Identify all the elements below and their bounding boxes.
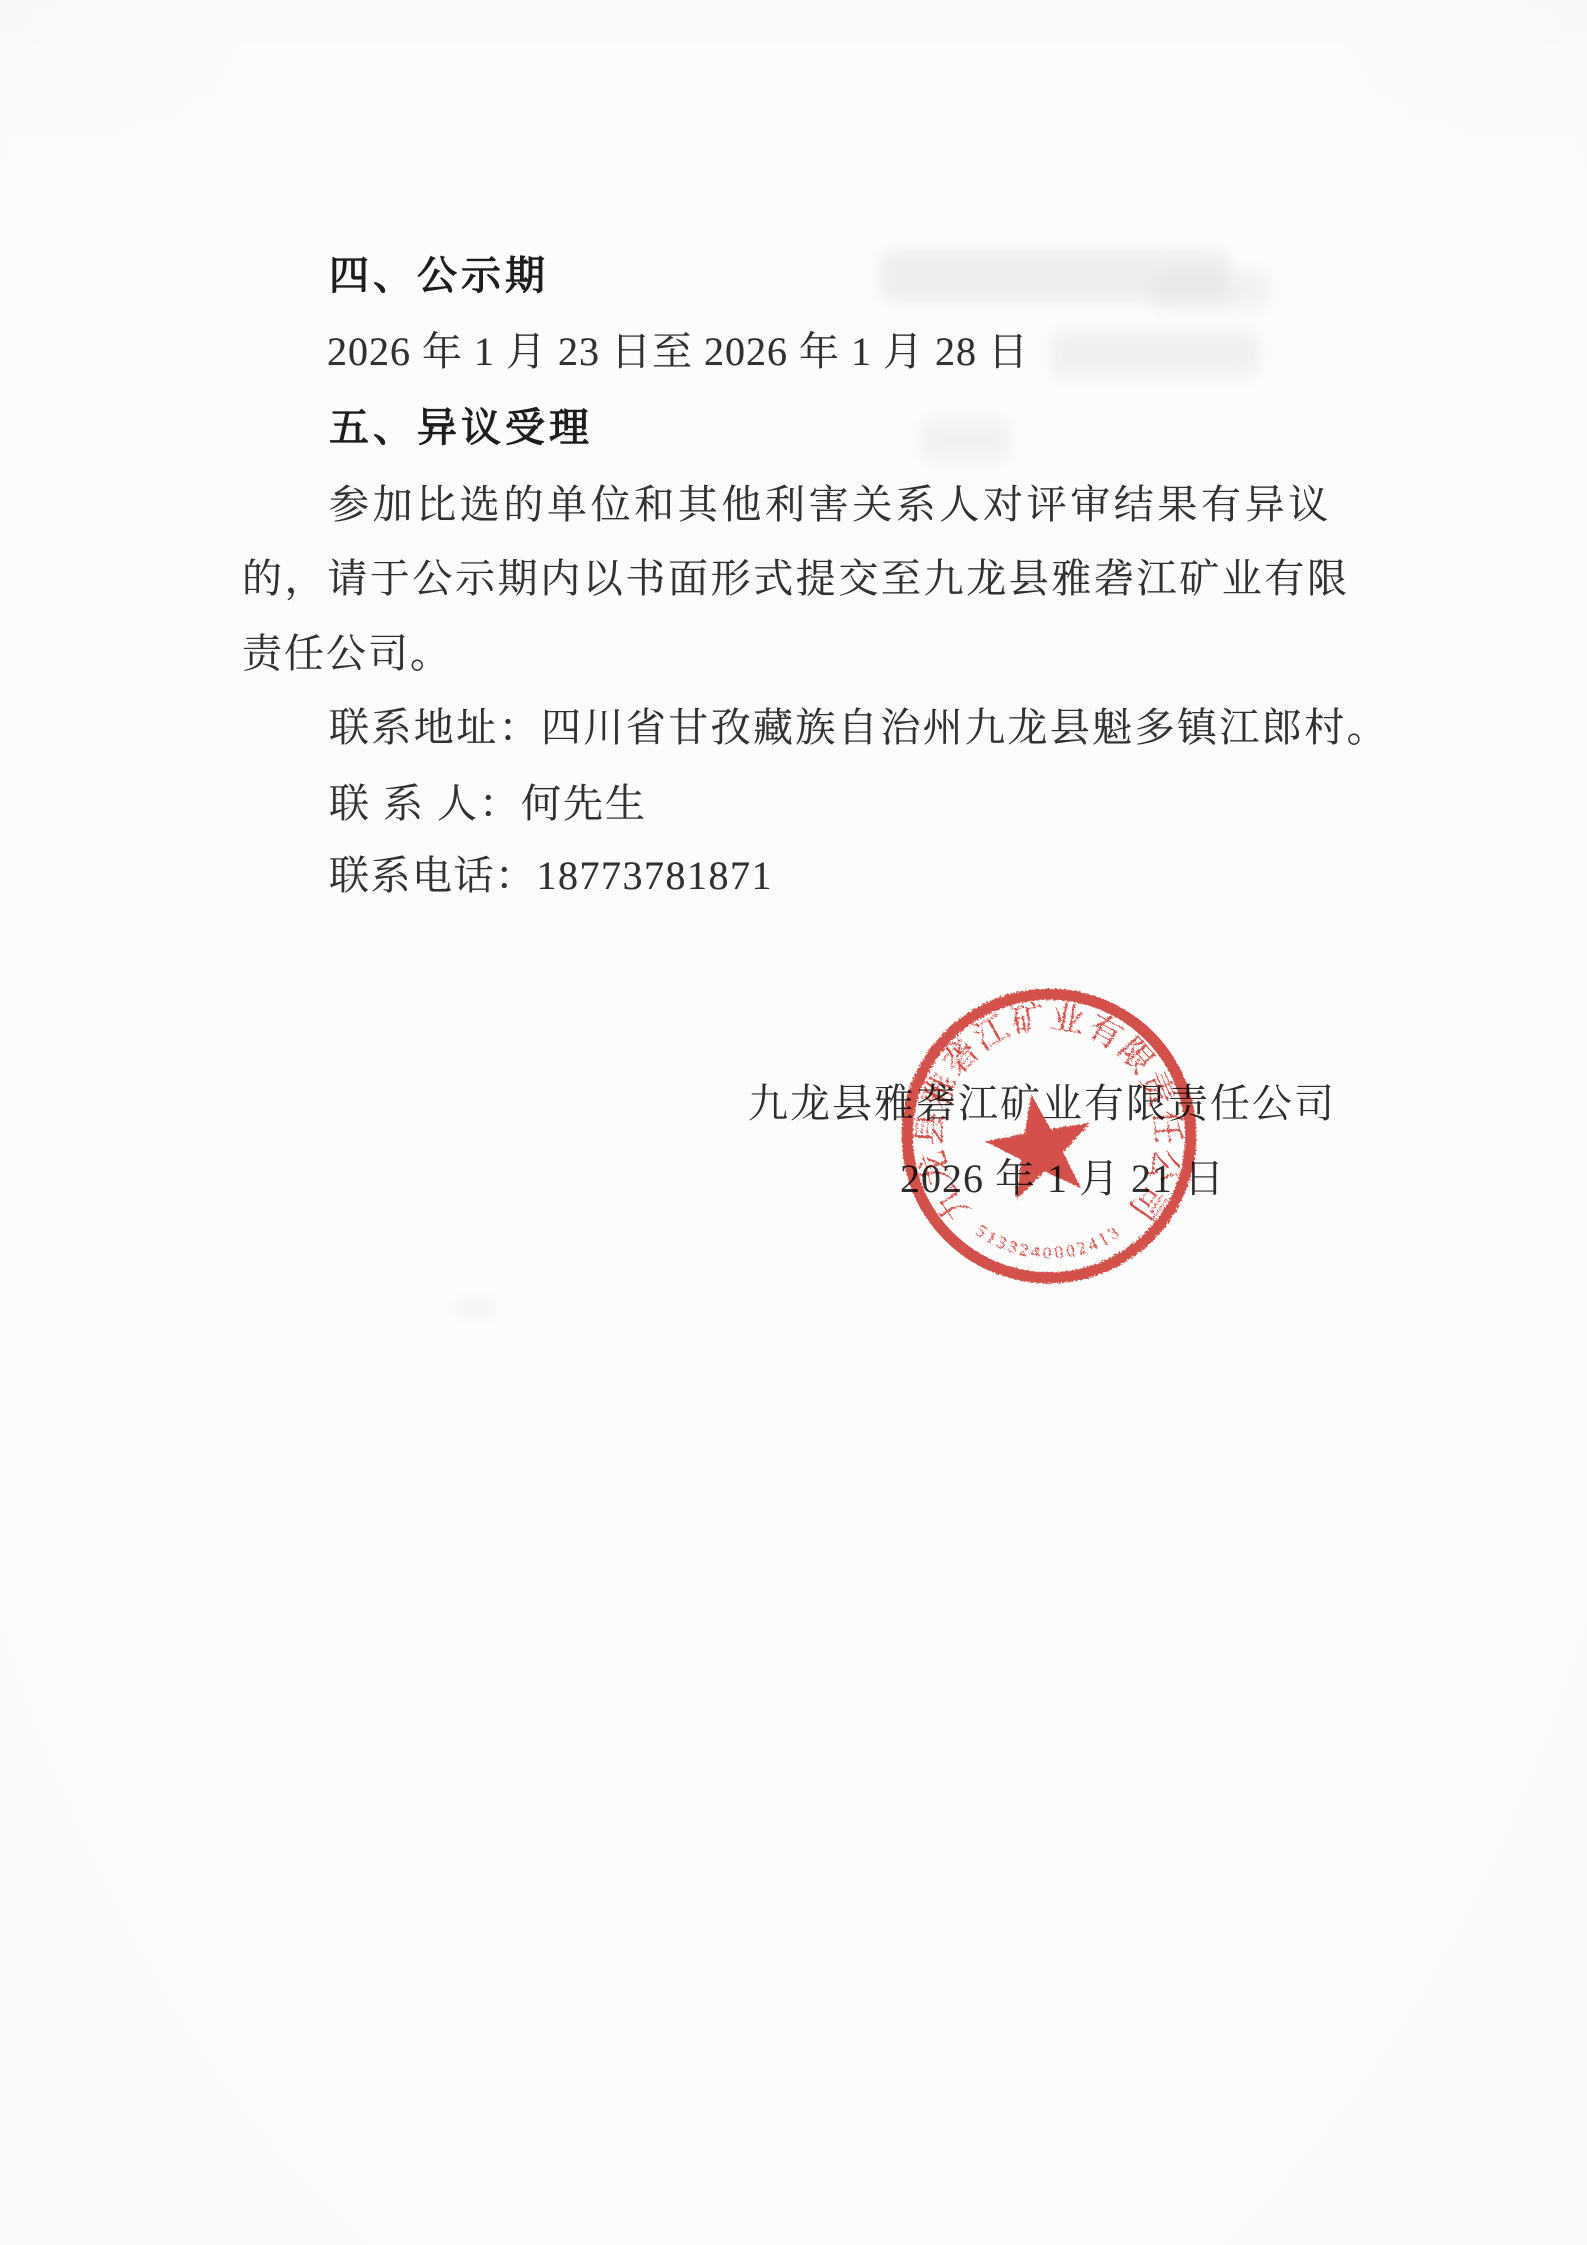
contact-person: 联 系 人：何先生 [329, 780, 647, 828]
paragraph-line-3: 责任公司。 [242, 630, 452, 678]
company-seal-stamp: 九龙县雅砻江矿业有限责任公司 5133240002413 [896, 983, 1202, 1289]
section4-heading: 四、公示期 [329, 252, 549, 300]
bleed-through-mark [920, 418, 1010, 462]
seal-star-icon [979, 1085, 1102, 1203]
section5-heading: 五、异议受理 [329, 404, 593, 452]
bleed-through-mark [1050, 330, 1260, 378]
contact-address: 联系地址：四川省甘孜藏族自治州九龙县魁多镇江郎村。 [329, 704, 1389, 752]
seal-serial-number: 5133240002413 [973, 1221, 1126, 1262]
paragraph-line-1: 参加比选的单位和其他利害关系人对评审结果有异议 [329, 481, 1332, 529]
bleed-through-mark [1150, 270, 1270, 310]
section4-period: 2026 年 1 月 23 日至 2026 年 1 月 28 日 [327, 328, 1029, 376]
contact-phone: 联系电话：18773781871 [329, 852, 773, 900]
paragraph-line-2: 的，请于公示期内以书面形式提交至九龙县雅砻江矿业有限 [242, 555, 1350, 603]
bleed-through-mark [880, 250, 1230, 302]
bleed-through-mark [455, 1300, 495, 1316]
scanned-document-page: 四、公示期 2026 年 1 月 23 日至 2026 年 1 月 28 日 五… [0, 0, 1587, 2245]
